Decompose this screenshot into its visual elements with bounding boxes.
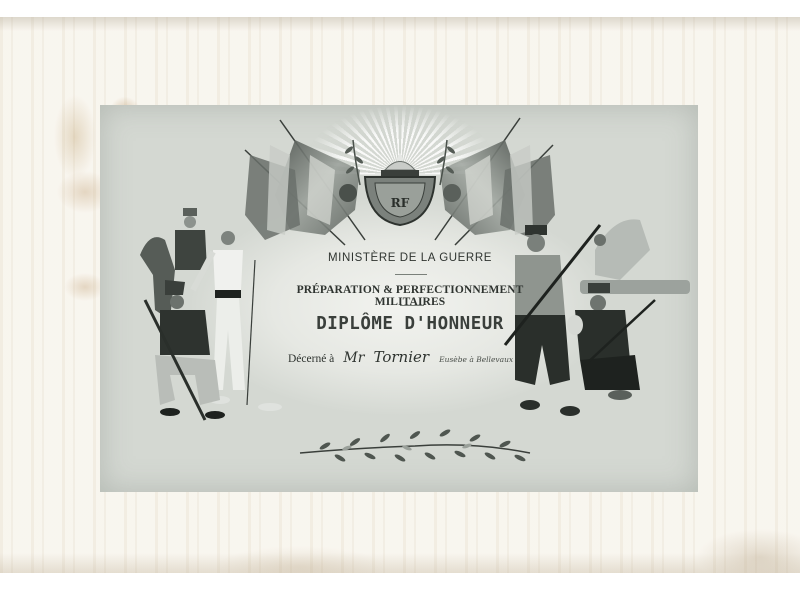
laurel-branch-illustration	[295, 418, 535, 473]
recipient-name: Tornier	[374, 348, 430, 366]
handwritten-note: Eusèbe à Bellevaux	[439, 355, 513, 364]
awarded-label: Décerné à	[288, 353, 334, 365]
left-figures-illustration	[135, 200, 285, 430]
ministry-heading: MINISTÈRE DE LA GUERRE	[290, 252, 530, 264]
rf-monogram: RF	[391, 196, 410, 210]
divider	[400, 305, 424, 306]
honorific: Mr	[343, 350, 364, 366]
right-figures-illustration	[500, 195, 695, 430]
divider	[395, 274, 427, 275]
awarded-line: Décerné à Mr Tornier Eusèbe à Bellevaux	[288, 347, 618, 366]
diploma-title: DIPLÔME D'HONNEUR	[280, 314, 540, 334]
